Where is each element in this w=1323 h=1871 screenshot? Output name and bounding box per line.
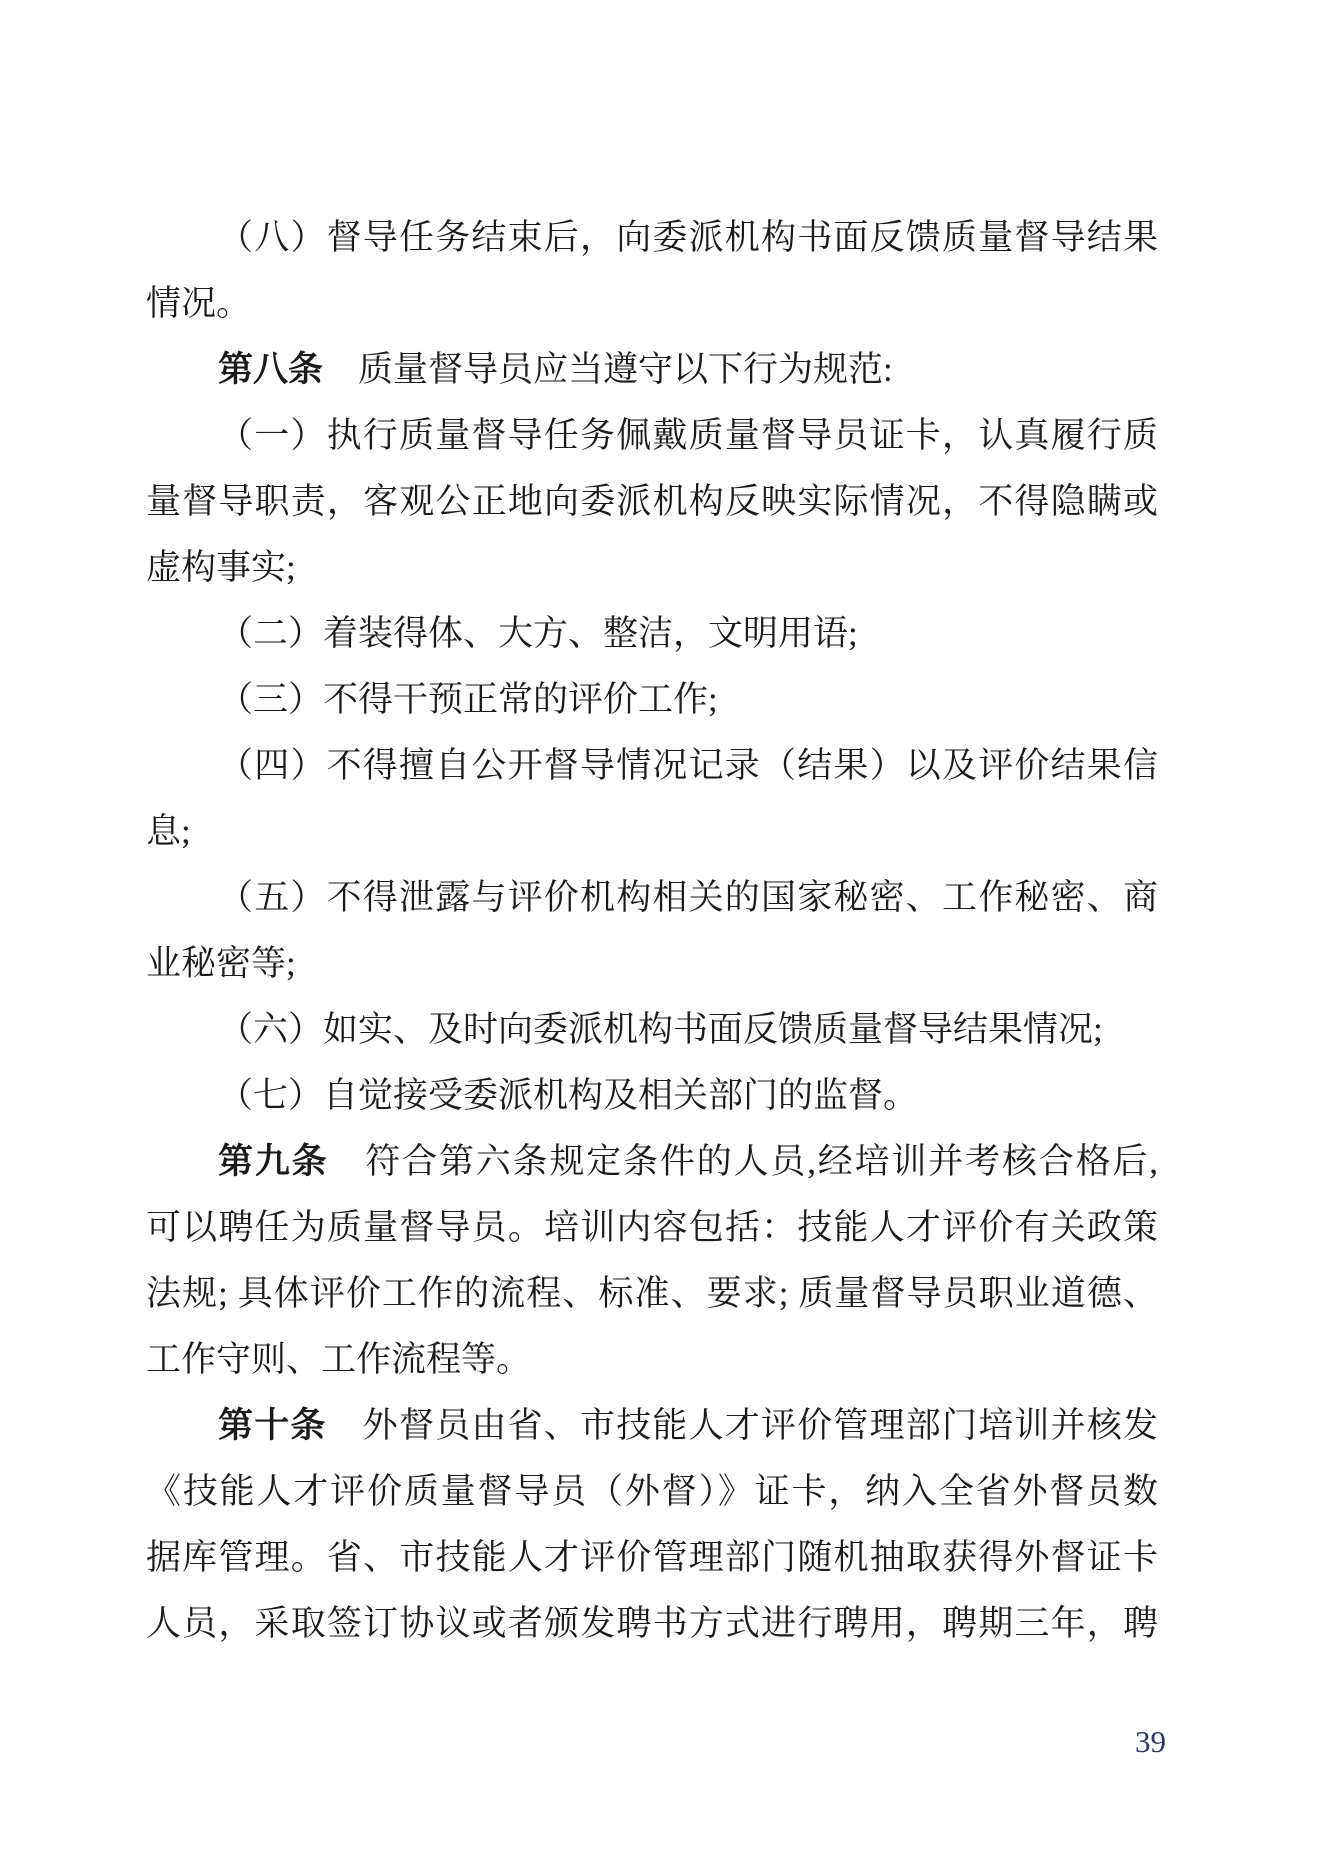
line-text: 情况。 xyxy=(146,284,251,323)
line-text: 人员，采取签订协议或者颁发聘书方式进行聘用，聘期三年，聘 xyxy=(146,1604,1158,1643)
line-text: 《技能人才评价质量督导员（外督）》证卡，纳入全省外督员数 xyxy=(146,1472,1158,1511)
text-line: （三）不得干预正常的评价工作; xyxy=(146,667,1158,733)
text-line: （一）执行质量督导任务佩戴质量督导员证卡，认真履行质 xyxy=(146,403,1158,469)
text-line: （七）自觉接受委派机构及相关部门的监督。 xyxy=(146,1063,1158,1129)
article-heading: 第十条 xyxy=(218,1406,327,1445)
line-text: 量督导职责，客观公正地向委派机构反映实际情况，不得隐瞒或 xyxy=(146,482,1158,521)
line-text: （二）着装得体、大方、整洁，文明用语; xyxy=(218,614,858,653)
text-line: 第九条 符合第六条规定条件的人员,经培训并考核合格后, xyxy=(146,1129,1158,1195)
article-heading: 第八条 xyxy=(218,350,323,389)
text-line: 《技能人才评价质量督导员（外督）》证卡，纳入全省外督员数 xyxy=(146,1459,1158,1525)
line-text: （八）督导任务结束后，向委派机构书面反馈质量督导结果 xyxy=(218,218,1158,257)
text-line: 息; xyxy=(146,799,1158,865)
text-line: （五）不得泄露与评价机构相关的国家秘密、工作秘密、商 xyxy=(146,865,1158,931)
article-heading: 第九条 xyxy=(218,1142,328,1181)
document-page: （八）督导任务结束后，向委派机构书面反馈质量督导结果 情况。 第八条 质量督导员… xyxy=(0,0,1323,1871)
line-text: 可以聘任为质量督导员。培训内容包括：技能人才评价有关政策 xyxy=(146,1208,1158,1247)
text-line: 第八条 质量督导员应当遵守以下行为规范: xyxy=(146,337,1158,403)
line-text: 外督员由省、市技能人才评价管理部门培训并核发 xyxy=(327,1406,1158,1445)
line-text: 符合第六条规定条件的人员,经培训并考核合格后, xyxy=(328,1142,1158,1181)
line-text: 业秘密等; xyxy=(146,944,296,983)
text-line: 可以聘任为质量督导员。培训内容包括：技能人才评价有关政策 xyxy=(146,1195,1158,1261)
text-line: 据库管理。省、市技能人才评价管理部门随机抽取获得外督证卡 xyxy=(146,1525,1158,1591)
line-text: （七）自觉接受委派机构及相关部门的监督。 xyxy=(218,1076,918,1115)
text-line: 业秘密等; xyxy=(146,931,1158,997)
text-line: 人员，采取签订协议或者颁发聘书方式进行聘用，聘期三年，聘 xyxy=(146,1591,1158,1657)
text-line: 量督导职责，客观公正地向委派机构反映实际情况，不得隐瞒或 xyxy=(146,469,1158,535)
line-text: （三）不得干预正常的评价工作; xyxy=(218,680,718,719)
page-number: 39 xyxy=(1135,1722,1166,1762)
line-text: 质量督导员应当遵守以下行为规范: xyxy=(323,350,893,389)
line-text: （六）如实、及时向委派机构书面反馈质量督导结果情况; xyxy=(218,1010,1103,1049)
text-line: （四）不得擅自公开督导情况记录（结果）以及评价结果信 xyxy=(146,733,1158,799)
line-text: 据库管理。省、市技能人才评价管理部门随机抽取获得外督证卡 xyxy=(146,1538,1158,1577)
text-line: 虚构事实; xyxy=(146,535,1158,601)
document-body: （八）督导任务结束后，向委派机构书面反馈质量督导结果 情况。 第八条 质量督导员… xyxy=(146,205,1158,1657)
text-line: 第十条 外督员由省、市技能人才评价管理部门培训并核发 xyxy=(146,1393,1158,1459)
text-line: （八）督导任务结束后，向委派机构书面反馈质量督导结果 xyxy=(146,205,1158,271)
text-line: 工作守则、工作流程等。 xyxy=(146,1327,1158,1393)
text-line: 情况。 xyxy=(146,271,1158,337)
line-text: 工作守则、工作流程等。 xyxy=(146,1340,531,1379)
text-line: 法规; 具体评价工作的流程、标准、要求; 质量督导员职业道德、 xyxy=(146,1261,1158,1327)
line-text: 虚构事实; xyxy=(146,548,296,587)
text-line: （二）着装得体、大方、整洁，文明用语; xyxy=(146,601,1158,667)
line-text: （一）执行质量督导任务佩戴质量督导员证卡，认真履行质 xyxy=(218,416,1158,455)
line-text: 息; xyxy=(146,812,191,851)
line-text: （五）不得泄露与评价机构相关的国家秘密、工作秘密、商 xyxy=(218,878,1158,917)
text-line: （六）如实、及时向委派机构书面反馈质量督导结果情况; xyxy=(146,997,1158,1063)
line-text: 法规; 具体评价工作的流程、标准、要求; 质量督导员职业道德、 xyxy=(146,1274,1158,1313)
line-text: （四）不得擅自公开督导情况记录（结果）以及评价结果信 xyxy=(218,746,1158,785)
